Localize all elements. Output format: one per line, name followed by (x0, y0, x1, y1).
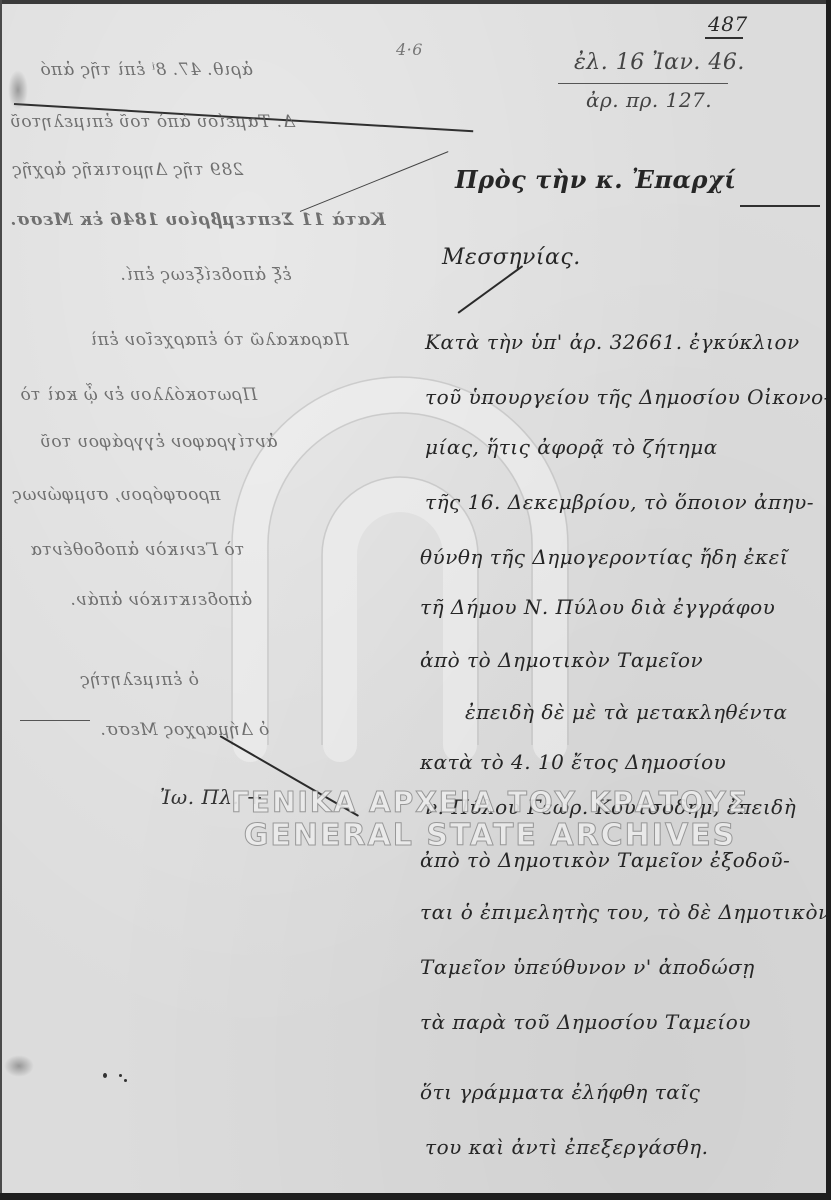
body-line-5: θύνθη τῆς Δημογεροντίας ἤδη ἐκεῖ (420, 545, 788, 569)
ink-speck (119, 1074, 122, 1077)
body-line-1: Κατὰ τὴν ὑπ' ἀρ. 32661. ἐγκύκλιον (425, 330, 800, 354)
bleed-line-10: τὸ Γενικὸν ἀποδοθέντα (30, 540, 245, 560)
bleed-line-3: 289 τῆς Δημοτικῆς ἀρχῆς (12, 160, 243, 180)
body-line-2: τοῦ ὑπουργείου τῆς Δημοσίου Οἰκονο- (425, 385, 826, 409)
addressee-dash (740, 205, 820, 207)
scan-edge-top (0, 0, 831, 4)
pencil-note: 4·6 (396, 40, 423, 59)
bleed-line-13: ὁ Δήμαρχος Μεσσ. (100, 720, 269, 740)
scan-edge-bottom (0, 1193, 831, 1200)
registry-divider (558, 83, 728, 84)
ink-speck (124, 1079, 127, 1082)
scanned-document-page: 487 4·6 ἐλ. 16 Ἰαν. 46. ἀρ. πρ. 127. ἀρι… (0, 0, 826, 1193)
body-line-11: ἀπὸ τὸ Δημοτικὸν Ταμεῖον ἐξοδοῦ- (420, 848, 790, 872)
bleed-line-7: Πρωτοκόλλου ἐν ᾧ καὶ τὸ (20, 385, 257, 405)
body-line-6: τῆ Δήμου Ν. Πύλου διὰ ἐγγράφου (420, 595, 775, 619)
bleed-line-6: Παρακαλῶ τὸ ἐπαρχεῖον ἐπὶ (90, 330, 349, 350)
folio-underline (705, 37, 743, 39)
scan-edge-right (826, 0, 831, 1200)
body-line-15: ὅτι γράμματα ἐλήφθη ταῖς (420, 1080, 700, 1104)
bleed-line-8: ἀντίγραφον ἐγγράφου τοῦ (40, 432, 278, 452)
body-line-4: τῆς 16. Δεκεμβρίου, τὸ ὅποιον ἀπηυ- (425, 490, 814, 514)
ink-speck (103, 1073, 107, 1078)
ink-smudge (4, 1055, 34, 1077)
body-line-7: ἀπὸ τὸ Δημοτικὸν Ταμεῖον (420, 648, 703, 672)
bleed-line-11: ἀποδεικτικὸν ἀπάν. (70, 590, 252, 610)
folio-number: 487 (708, 12, 748, 36)
addressee-line-1: Πρὸς τὴν κ. Ἐπαρχί (455, 165, 736, 194)
scan-edge-left (0, 0, 2, 1200)
addressee-line-2: Μεσσηνίας. (442, 245, 581, 270)
body-line-16: του καὶ ἀντὶ ἐπεξεργάσθη. (425, 1135, 708, 1159)
registry-number: ἀρ. πρ. 127. (586, 88, 712, 112)
body-line-8: ἐπειδὴ δὲ μὲ τὰ μετακληθέντα (465, 700, 788, 724)
bleed-line-1: ἀριθ. 47. 8ⁱ ἐπὶ τῆς ἀπό (40, 60, 253, 80)
body-line-12: ται ὁ ἐπιμελητὴς του, τὸ δὲ Δημοτικὸν (420, 900, 826, 924)
body-line-10: ν. Πύλου Γεωρ. Κουτσοδημ, ἐπειδὴ (425, 795, 796, 819)
bleed-line-2: Δ. Ταμείου ἀπὸ τοῦ ἐπιμελητοῦ (10, 112, 295, 132)
signature-fragment: Ἰω. Πλ. + (160, 785, 264, 809)
bleed-line-4: Κατὰ 11 Σεπτεμβρίου 1846 ἐκ Μεσσ. (10, 210, 386, 230)
body-line-3: μίας, ἥτις ἀφορᾷ τὸ ζήτημα (425, 435, 718, 459)
pointer-stroke (300, 151, 449, 212)
body-line-13: Ταμεῖον ὑπεύθυνον ν' ἀποδώσῃ (420, 955, 755, 979)
bleed-line-5: ἐξ ἀποδείξεως ἐπί. (120, 265, 291, 285)
bleed-line-9: προσφόρου, συμφώνως (12, 485, 221, 505)
ink-smudge (8, 70, 28, 110)
addressee-flourish (457, 265, 523, 314)
body-line-14: τὰ παρὰ τοῦ Δημοσίου Ταμείου (420, 1010, 751, 1034)
signature-line (20, 720, 90, 721)
registry-date: ἐλ. 16 Ἰαν. 46. (574, 50, 745, 75)
body-line-9: κατὰ τὸ 4. 10 ἔτος Δημοσίου (420, 750, 726, 774)
bleed-line-12: ὁ ἐπιμελητὴς (80, 670, 199, 690)
